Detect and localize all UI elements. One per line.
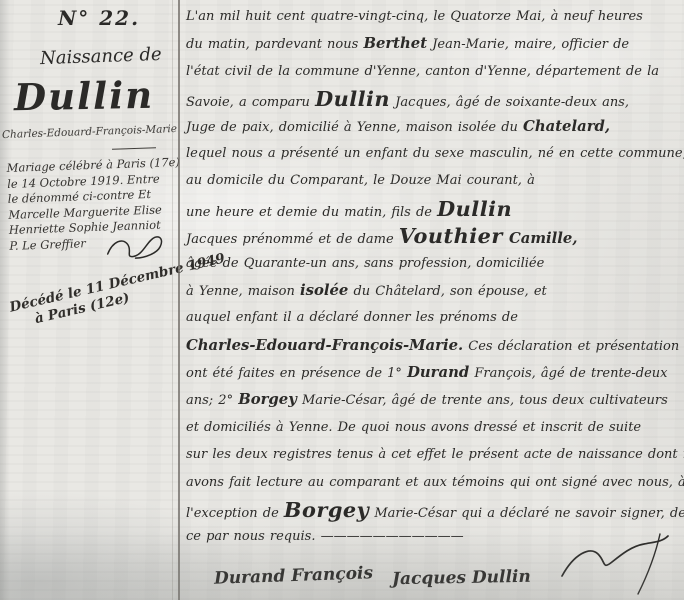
text-segment: avons fait lecture au comparant et aux t… bbox=[186, 475, 684, 490]
text-line: une heure et demie du matin, fils de Dul… bbox=[186, 195, 684, 222]
document-page: N° 22. Naissance de Dullin Charles-Edoua… bbox=[0, 0, 684, 600]
text-line: Jacques prénommé et de dame Vouthier Cam… bbox=[186, 222, 684, 249]
text-segment: Berthet bbox=[363, 35, 427, 52]
signature-witness: Durand François bbox=[214, 563, 374, 589]
text-line: l'état civil de la commune d'Yenne, cant… bbox=[186, 58, 684, 85]
text-line: auquel enfant il a déclaré donner les pr… bbox=[186, 304, 684, 331]
text-segment: du matin, pardevant nous bbox=[186, 37, 363, 52]
text-segment: ce par nous requis. ——————————— bbox=[186, 529, 464, 544]
margin-rule-ghost bbox=[172, 0, 173, 600]
text-segment: Chatelard, bbox=[523, 118, 610, 135]
act-nature-label: Naissance de bbox=[40, 44, 162, 69]
mayor-signature-flourish-icon bbox=[556, 528, 674, 600]
text-segment: Juge de paix, domicilié à Yenne, maison … bbox=[186, 120, 523, 135]
text-line: ans; 2° Borgey Marie-César, âgé de trent… bbox=[186, 386, 684, 413]
text-line: Juge de paix, domicilié à Yenne, maison … bbox=[186, 113, 684, 140]
text-line: et domiciliés à Yenne. De quoi nous avon… bbox=[186, 414, 684, 441]
act-given-names: Charles-Edouard-François-Marie bbox=[2, 123, 178, 141]
text-line: à Yenne, maison isolée du Châtelard, son… bbox=[186, 277, 684, 304]
text-segment: Charles-Edouard-François-Marie. bbox=[186, 337, 463, 354]
text-segment: Jacques, âgé de soixante-deux ans, bbox=[390, 95, 629, 110]
text-segment: à Yenne, maison bbox=[186, 284, 300, 299]
text-segment: et domiciliés à Yenne. De quoi nous avon… bbox=[186, 420, 641, 435]
body-text: L'an mil huit cent quatre-vingt-cinq, le… bbox=[186, 3, 684, 551]
text-segment: au domicile du Comparant, le Douze Mai c… bbox=[186, 173, 535, 188]
text-segment: Durand bbox=[407, 364, 469, 381]
text-line: L'an mil huit cent quatre-vingt-cinq, le… bbox=[186, 3, 684, 30]
text-segment: Jacques prénommé et de dame bbox=[186, 232, 399, 247]
text-segment: Savoie, a comparu bbox=[186, 95, 315, 110]
text-line: âgée de Quarante-un ans, sans profession… bbox=[186, 250, 684, 277]
text-line: Savoie, a comparu Dullin Jacques, âgé de… bbox=[186, 85, 684, 112]
text-segment: Marie-César qui a déclaré ne savoir sign… bbox=[369, 506, 684, 521]
text-segment: ont été faites en présence de 1° bbox=[186, 366, 407, 381]
text-segment: du Châtelard, son épouse, et bbox=[348, 284, 546, 299]
text-line: Charles-Edouard-François-Marie. Ces décl… bbox=[186, 332, 684, 359]
text-line: avons fait lecture au comparant et aux t… bbox=[186, 469, 684, 496]
text-segment: Borgey bbox=[284, 497, 369, 522]
margin-column: N° 22. Naissance de Dullin Charles-Edoua… bbox=[0, 0, 176, 600]
text-line: lequel nous a présenté un enfant du sexe… bbox=[186, 140, 684, 167]
text-segment: Marie-César, âgé de trente ans, tous deu… bbox=[297, 393, 668, 408]
text-segment: une heure et demie du matin, fils de bbox=[186, 205, 437, 220]
greffier-signature-icon bbox=[102, 224, 171, 271]
text-segment: sur les deux registres tenus à cet effet… bbox=[186, 447, 684, 462]
text-segment: L'an mil huit cent quatre-vingt-cinq, le… bbox=[186, 9, 643, 24]
text-segment: Camille, bbox=[503, 230, 578, 247]
text-segment: Dullin bbox=[315, 86, 390, 111]
text-segment: Vouthier bbox=[399, 223, 503, 248]
text-segment: ans; 2° bbox=[186, 393, 238, 408]
text-segment: Borgey bbox=[238, 391, 297, 408]
text-segment: auquel enfant il a déclaré donner les pr… bbox=[186, 310, 518, 325]
text-segment: François, âgé de trente-deux bbox=[469, 366, 667, 381]
text-line: du matin, pardevant nous Berthet Jean-Ma… bbox=[186, 30, 684, 57]
act-number: N° 22. bbox=[58, 6, 140, 30]
text-segment: âgée de Quarante-un ans, sans profession… bbox=[186, 256, 544, 271]
margin-rule bbox=[178, 0, 180, 600]
text-segment: Jean-Marie, maire, officier de bbox=[427, 37, 629, 52]
text-segment: l'exception de bbox=[186, 506, 284, 521]
text-segment: Dullin bbox=[437, 196, 512, 221]
text-line: ont été faites en présence de 1° Durand … bbox=[186, 359, 684, 386]
margin-divider bbox=[112, 147, 156, 150]
signature-declarant: Jacques Dullin bbox=[392, 567, 531, 589]
text-line: l'exception de Borgey Marie-César qui a … bbox=[186, 496, 684, 523]
text-line: au domicile du Comparant, le Douze Mai c… bbox=[186, 167, 684, 194]
text-segment: Ces déclaration et présentation bbox=[463, 339, 679, 354]
act-surname: Dullin bbox=[14, 73, 155, 119]
text-line: sur les deux registres tenus à cet effet… bbox=[186, 441, 684, 468]
text-segment: l'état civil de la commune d'Yenne, cant… bbox=[186, 64, 659, 79]
text-segment: isolée bbox=[300, 282, 348, 299]
text-segment: lequel nous a présenté un enfant du sexe… bbox=[186, 146, 684, 161]
